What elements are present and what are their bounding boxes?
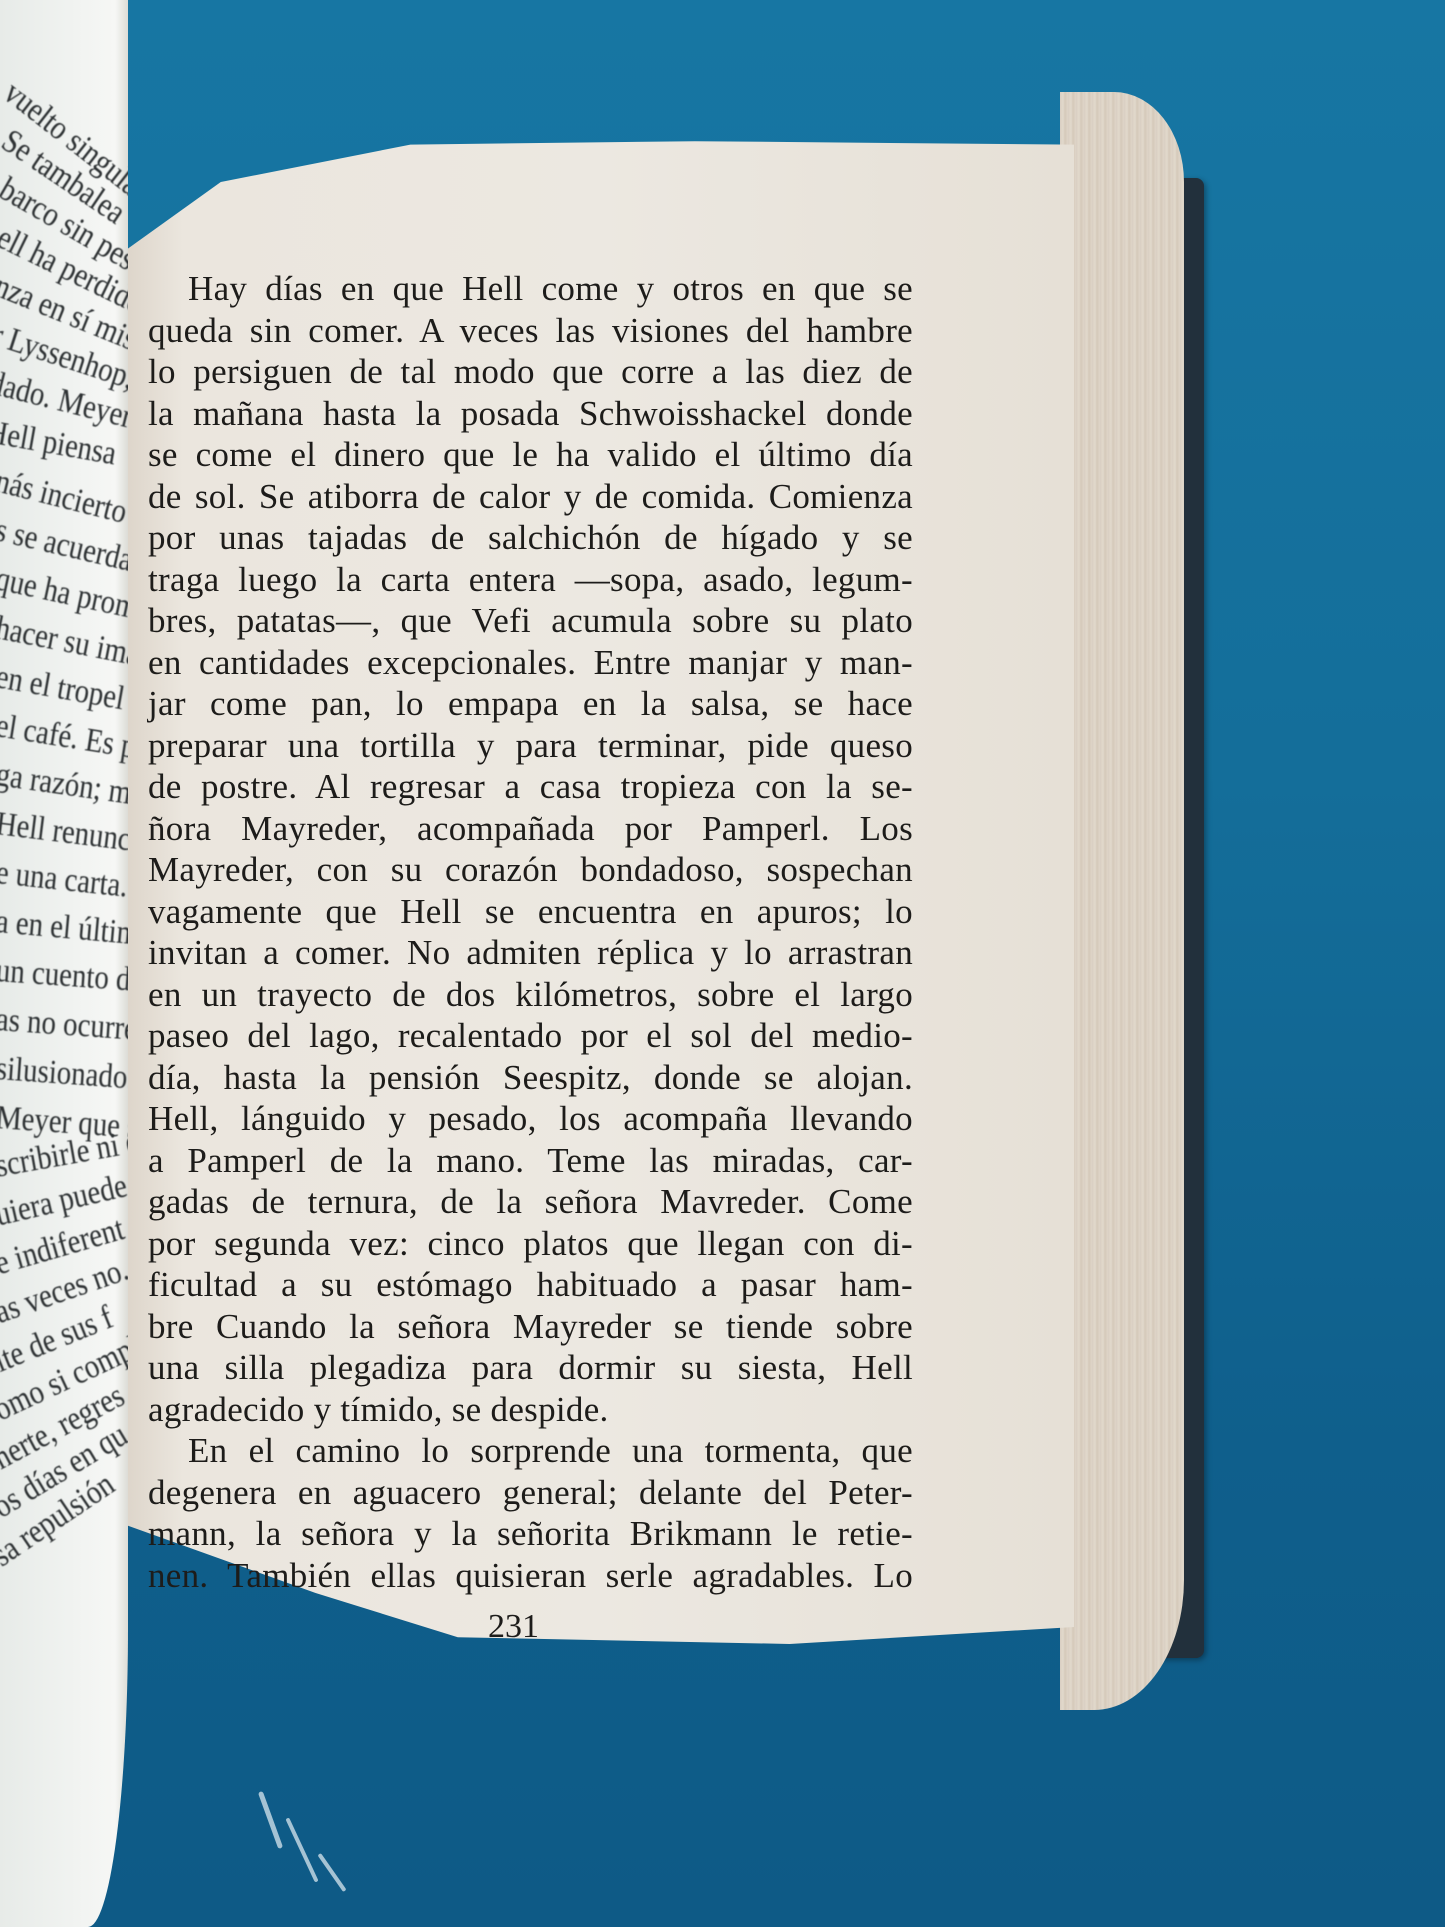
text-line: a Pamperl de la mano. Teme las miradas, … bbox=[148, 1140, 913, 1182]
page-block-edge bbox=[1060, 92, 1184, 1710]
page-number: 231 bbox=[488, 1608, 539, 1646]
paragraph-2: En el camino lo sorprende una tormenta, … bbox=[148, 1430, 913, 1596]
surface-scuff bbox=[258, 1791, 283, 1849]
text-line: la mañana hasta la posada Schwoisshackel… bbox=[148, 393, 913, 435]
text-line: de postre. Al regresar a casa tropieza c… bbox=[148, 766, 913, 808]
right-page-text: Hay días en que Hell come y otros en que… bbox=[148, 268, 913, 1596]
left-page-text-fragment: a en el último bbox=[0, 903, 128, 955]
surface-scuff bbox=[317, 1853, 346, 1892]
left-page-text-fragment: e una carta. Si bbox=[0, 854, 128, 909]
text-line: mann, la señora y la señorita Brikmann l… bbox=[148, 1513, 913, 1555]
left-page-text-fragment: as no ocurre bbox=[0, 1001, 128, 1049]
text-line: bres, patatas—, que Vefi acumula sobre s… bbox=[148, 600, 913, 642]
left-page-text-fragment: ga razón; m bbox=[0, 756, 128, 813]
text-line: queda sin comer. A veces las visiones de… bbox=[148, 310, 913, 352]
paragraph-1: Hay días en que Hell come y otros en que… bbox=[148, 268, 913, 1430]
left-page-curl: vuelto singulaSe tambaleabarco sin pesoe… bbox=[0, 0, 128, 1927]
text-line: nen. También ellas quisieran serle agrad… bbox=[148, 1555, 913, 1597]
text-line: gadas de ternura, de la señora Mavreder.… bbox=[148, 1181, 913, 1223]
text-line: día, hasta la pensión Seespitz, donde se… bbox=[148, 1057, 913, 1099]
left-page-text-fragment: silusionado. N bbox=[0, 1050, 128, 1100]
text-line: ñora Mayreder, acompañada por Pamperl. L… bbox=[148, 808, 913, 850]
text-line: de sol. Se atiborra de calor y de comida… bbox=[148, 476, 913, 518]
text-line: Hay días en que Hell come y otros en que… bbox=[148, 268, 913, 310]
text-line: en un trayecto de dos kilómetros, sobre … bbox=[148, 974, 913, 1016]
text-line: paseo del lago, recalentado por el sol d… bbox=[148, 1015, 913, 1057]
left-page-text-fragment: un cuento d bbox=[0, 952, 128, 999]
text-line: traga luego la carta entera —sopa, asado… bbox=[148, 559, 913, 601]
text-line: agradecido y tímido, se despide. bbox=[148, 1389, 913, 1431]
text-line: en cantidades excepcionales. Entre manja… bbox=[148, 642, 913, 684]
text-line: por segunda vez: cinco platos que llegan… bbox=[148, 1223, 913, 1265]
text-line: invitan a comer. No admiten réplica y lo… bbox=[148, 932, 913, 974]
text-line: jar come pan, lo empapa en la salsa, se … bbox=[148, 683, 913, 725]
text-line: Mayreder, con su corazón bondadoso, sosp… bbox=[148, 849, 913, 891]
text-line: degenera en aguacero general; delante de… bbox=[148, 1472, 913, 1514]
text-line: por unas tajadas de salchichón de hígado… bbox=[148, 517, 913, 559]
text-line: bre Cuando la señora Mayreder se tiende … bbox=[148, 1306, 913, 1348]
text-line: se come el dinero que le ha valido el úl… bbox=[148, 434, 913, 476]
text-line: vagamente que Hell se encuentra en apuro… bbox=[148, 891, 913, 933]
left-page-text-fragment: Hell renuncia bbox=[0, 805, 128, 862]
text-line: ficultad a su estómago habituado a pasar… bbox=[148, 1264, 913, 1306]
text-line: Hell, lánguido y pesado, los acompaña ll… bbox=[148, 1098, 913, 1140]
text-line: preparar una tortilla y para terminar, p… bbox=[148, 725, 913, 767]
text-line: En el camino lo sorprende una tormenta, … bbox=[148, 1430, 913, 1472]
text-line: una silla plegadiza para dormir su siest… bbox=[148, 1347, 913, 1389]
surface-scuff bbox=[285, 1817, 318, 1882]
text-line: lo persiguen de tal modo que corre a las… bbox=[148, 351, 913, 393]
